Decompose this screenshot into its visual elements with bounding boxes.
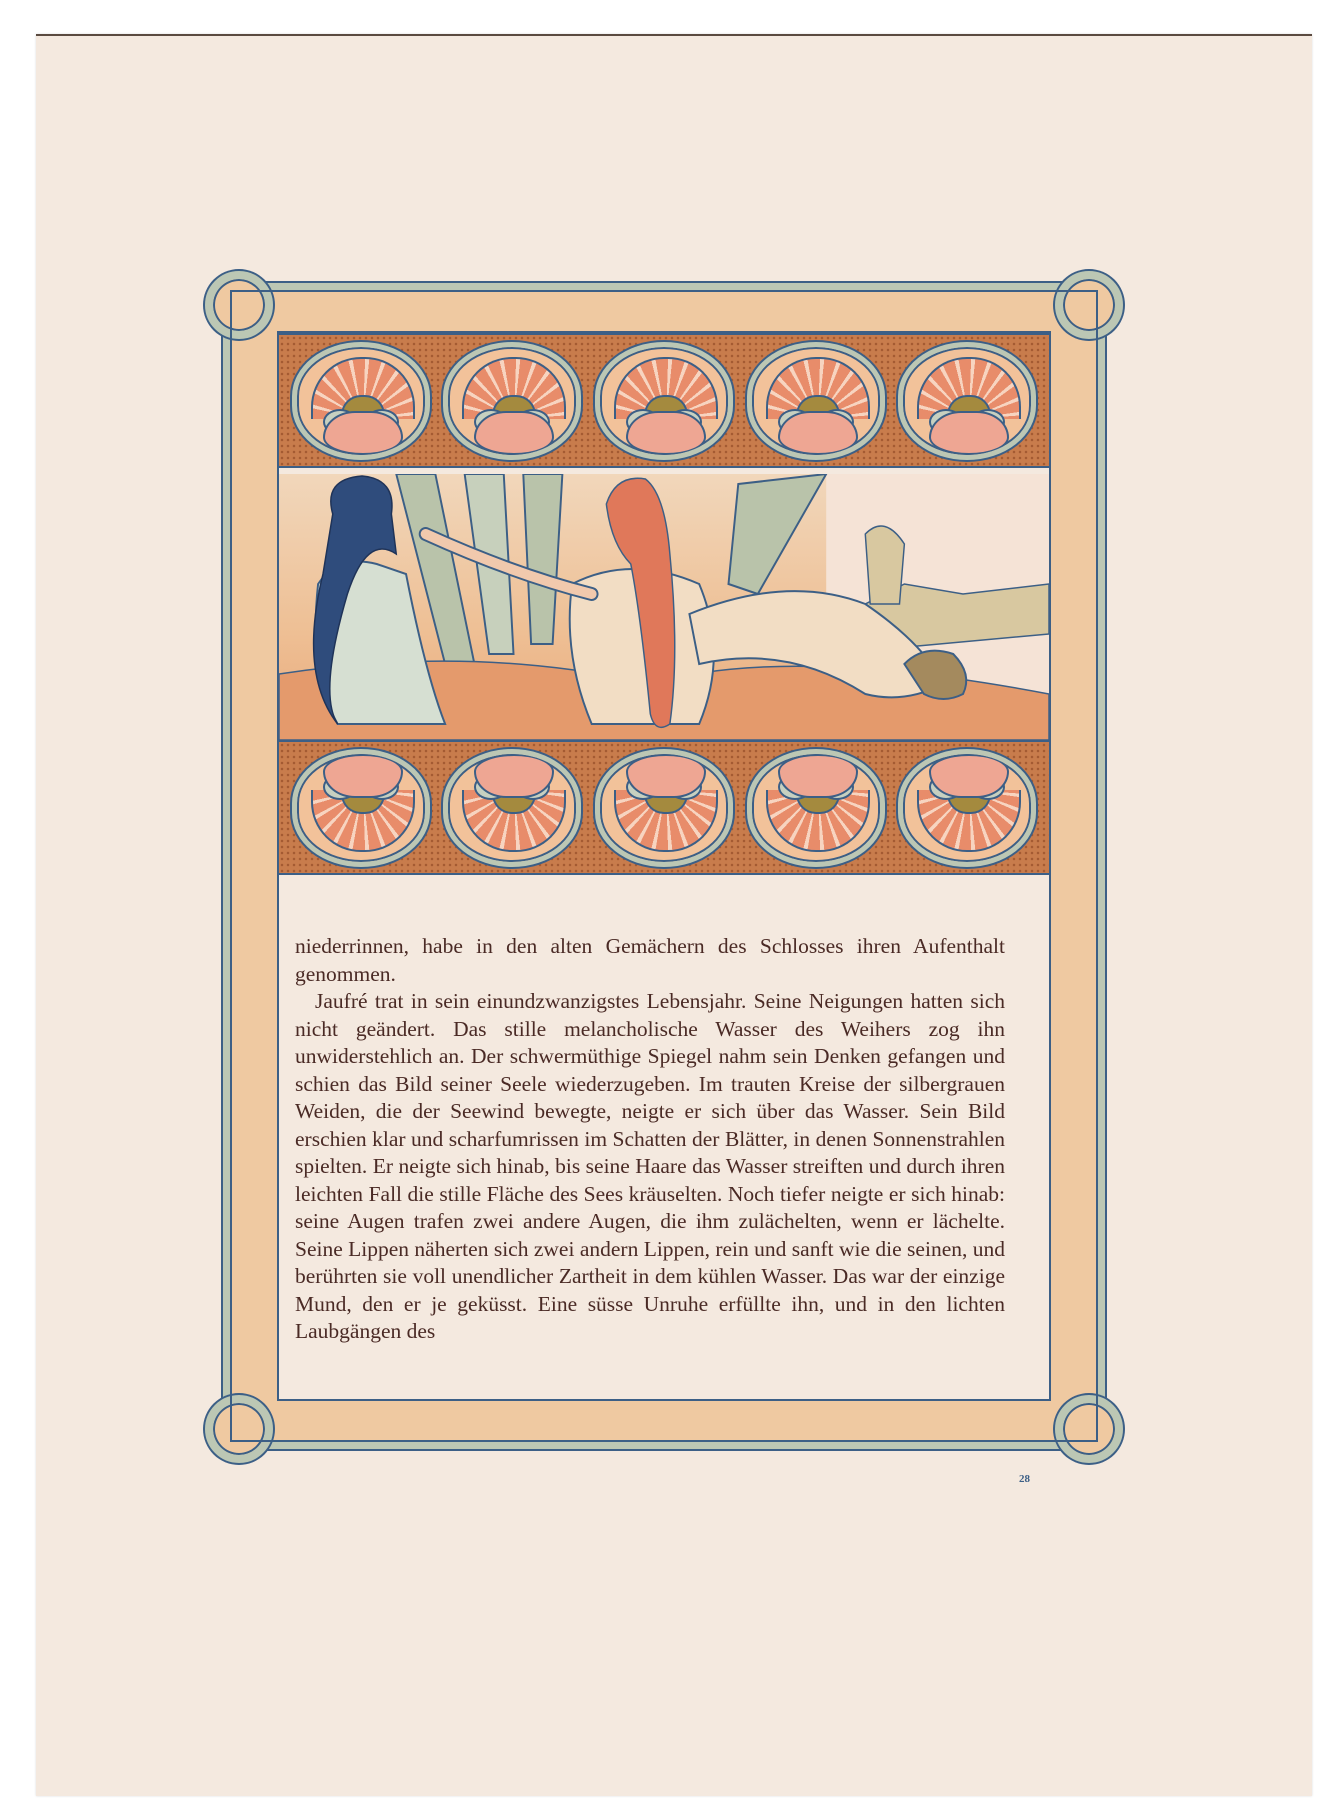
fan-flower-icon [595, 749, 733, 867]
scene-illustration [279, 474, 1049, 740]
paragraph: Jaufré trat in sein einundzwanzigstes Le… [295, 988, 1005, 1346]
knot-ring-bottom-right-icon [1055, 1395, 1123, 1463]
body-text: niederrinnen, habe in den alten Gemächer… [295, 933, 1005, 1346]
fan-flower-icon [292, 749, 430, 867]
fan-flower-icon [292, 342, 430, 460]
fan-flower-icon [747, 342, 885, 460]
paragraph: niederrinnen, habe in den alten Gemächer… [295, 933, 1005, 988]
floral-band-top [279, 333, 1049, 468]
ornamental-frame: niederrinnen, habe in den alten Gemächer… [222, 282, 1106, 1450]
fan-flower-icon [595, 342, 733, 460]
inner-panel: niederrinnen, habe in den alten Gemächer… [277, 331, 1051, 1401]
fan-flower-icon [443, 749, 581, 867]
fan-flower-icon [747, 749, 885, 867]
floral-band-bottom [279, 740, 1049, 875]
page-number: 28 [1019, 1473, 1030, 1485]
fan-flower-icon [898, 749, 1036, 867]
scene-drawing [279, 474, 1049, 740]
knot-ring-top-right-icon [1055, 271, 1123, 339]
knot-ring-top-left-icon [205, 271, 273, 339]
fan-flower-icon [443, 342, 581, 460]
knot-ring-bottom-left-icon [205, 1395, 273, 1463]
fan-flower-icon [898, 342, 1036, 460]
